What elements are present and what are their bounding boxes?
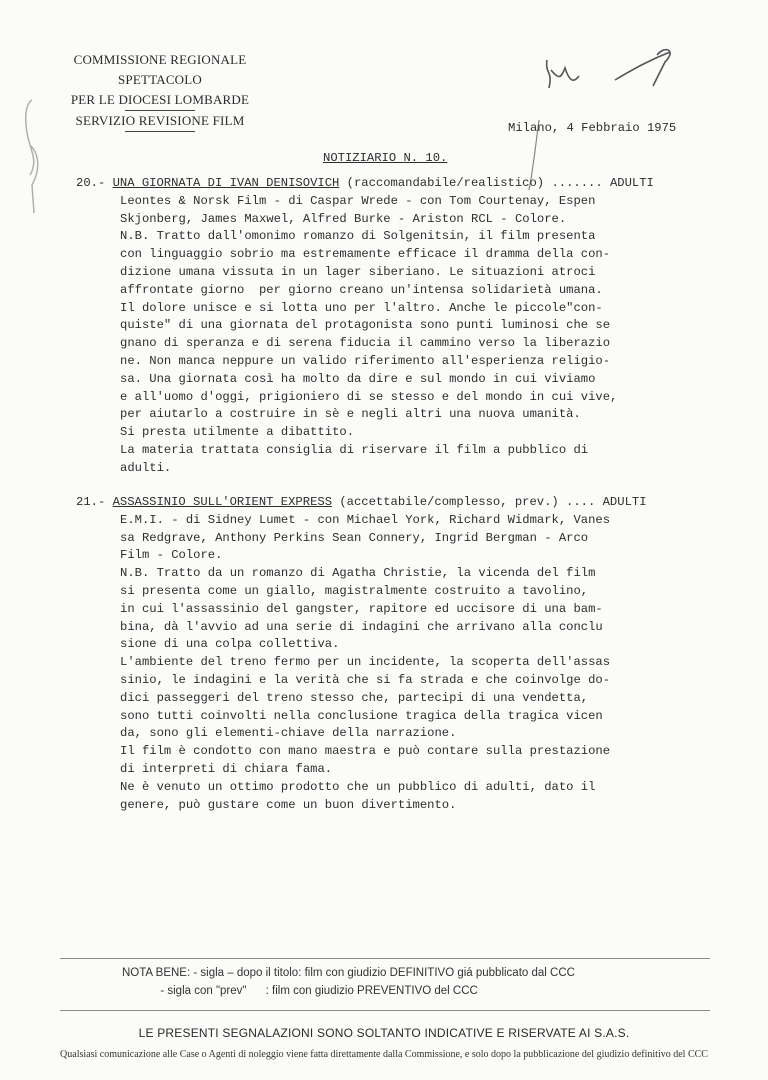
entry-line: Skjonberg, James Maxwel, Alfred Burke - … [76, 211, 766, 229]
entry-line: quiste" di una giornata del protagonista… [76, 317, 766, 335]
disclaimer-heading: LE PRESENTI SEGNALAZIONI SONO SOLTANTO I… [0, 1026, 768, 1040]
footer-divider [60, 958, 710, 959]
footer-divider [60, 1010, 710, 1011]
film-title: UNA GIORNATA DI IVAN DENISOVICH [113, 176, 340, 190]
film-entry-21: 21.- ASSASSINIO SULL'ORIENT EXPRESS (acc… [76, 494, 766, 814]
film-entry-20: 20.- UNA GIORNATA DI IVAN DENISOVICH (ra… [76, 175, 766, 478]
entry-line: bina, dà l'avvio ad una serie di indagin… [76, 619, 766, 637]
letterhead-line-2: PER LE DIOCESI LOMBARDE [40, 90, 280, 110]
entry-line: Il dolore unisce e si lotta uno per l'al… [76, 300, 766, 318]
entry-line: Leontes & Norsk Film - di Caspar Wrede -… [76, 193, 766, 211]
nota-bene-row-2: - sigla con "prev" : film con giudizio P… [122, 982, 575, 1000]
entry-line: affrontate giorno per giorno creano un'i… [76, 282, 766, 300]
nota-bene-row-1: - sigla – dopo il titolo: film con giudi… [190, 967, 575, 979]
entry-line: Il film è condotto con mano maestra e pu… [76, 743, 766, 761]
letterhead: COMMISSIONE REGIONALE SPETTACOLO PER LE … [40, 50, 280, 132]
entry-line: sa. Una giornata così ha molto da dire e… [76, 371, 766, 389]
entry-line: per aiutarlo a costruire in sè e negli a… [76, 406, 766, 424]
entry-line: sono tutti coinvolti nella conclusione t… [76, 708, 766, 726]
entry-line: dici passeggeri del treno stesso che, pa… [76, 690, 766, 708]
letterhead-line-3: SERVIZIO REVISIONE FILM [40, 111, 280, 131]
entry-number: 20.- [76, 176, 105, 190]
nota-bene: NOTA BENE: - sigla – dopo il titolo: fil… [122, 964, 575, 1000]
handwritten-signature-icon [525, 40, 685, 190]
entry-line: con linguaggio sobrio ma estremamente ef… [76, 246, 766, 264]
nota-bene-label: NOTA BENE: [122, 967, 190, 979]
pencil-margin-mark-icon [10, 95, 50, 215]
entry-line: Si presta utilmente a dibattito. [76, 424, 766, 442]
entry-heading: 21.- ASSASSINIO SULL'ORIENT EXPRESS (acc… [76, 494, 766, 512]
entry-line: sione di una colpa collettiva. [76, 636, 766, 654]
bulletin-title: NOTIZIARIO N. 10. [323, 151, 447, 165]
entry-line: Ne è venuto un ottimo prodotto che un pu… [76, 779, 766, 797]
disclaimer-text: Qualsiasi comunicazione alle Case o Agen… [0, 1046, 768, 1064]
entry-line: sa Redgrave, Anthony Perkins Sean Conner… [76, 530, 766, 548]
rating-note: (accettabile/complesso, prev.) .... ADUL… [332, 495, 647, 509]
entry-number: 21.- [76, 495, 105, 509]
entry-line: in cui l'assassinio del gangster, rapito… [76, 601, 766, 619]
entry-line: da, sono gli elementi-chiave della narra… [76, 725, 766, 743]
letterhead-rule [125, 131, 195, 132]
entry-heading: 20.- UNA GIORNATA DI IVAN DENISOVICH (ra… [76, 175, 766, 193]
entry-line: gnano di speranza e di serena fiducia il… [76, 335, 766, 353]
entry-line: dizione umana vissuta in un lager siberi… [76, 264, 766, 282]
entry-line: ne. Non manca neppure un valido riferime… [76, 353, 766, 371]
entry-line: La materia trattata consiglia di riserva… [76, 442, 766, 460]
document-page: COMMISSIONE REGIONALE SPETTACOLO PER LE … [0, 0, 768, 1080]
entry-line: sinio, le indagini e la verità che si fa… [76, 672, 766, 690]
letterhead-line-1: COMMISSIONE REGIONALE SPETTACOLO [40, 50, 280, 90]
entry-line: N.B. Tratto dall'omonimo romanzo di Solg… [76, 228, 766, 246]
entry-line: di interpreti di chiara fama. [76, 761, 766, 779]
entry-line: adulti. [76, 460, 766, 478]
document-date: Milano, 4 Febbraio 1975 [508, 121, 676, 135]
rating-note: (raccomandabile/realistico) ....... ADUL… [347, 176, 654, 190]
entry-line: N.B. Tratto da un romanzo di Agatha Chri… [76, 565, 766, 583]
entry-line: Film - Colore. [76, 547, 766, 565]
film-title: ASSASSINIO SULL'ORIENT EXPRESS [113, 495, 332, 509]
entry-line: si presenta come un giallo, magistralmen… [76, 583, 766, 601]
entry-line: E.M.I. - di Sidney Lumet - con Michael Y… [76, 512, 766, 530]
entry-line: genere, può gustare come un buon diverti… [76, 797, 766, 815]
entry-line: L'ambiente del treno fermo per un incide… [76, 654, 766, 672]
entry-line: e all'uomo d'oggi, prigioniero di se ste… [76, 389, 766, 407]
